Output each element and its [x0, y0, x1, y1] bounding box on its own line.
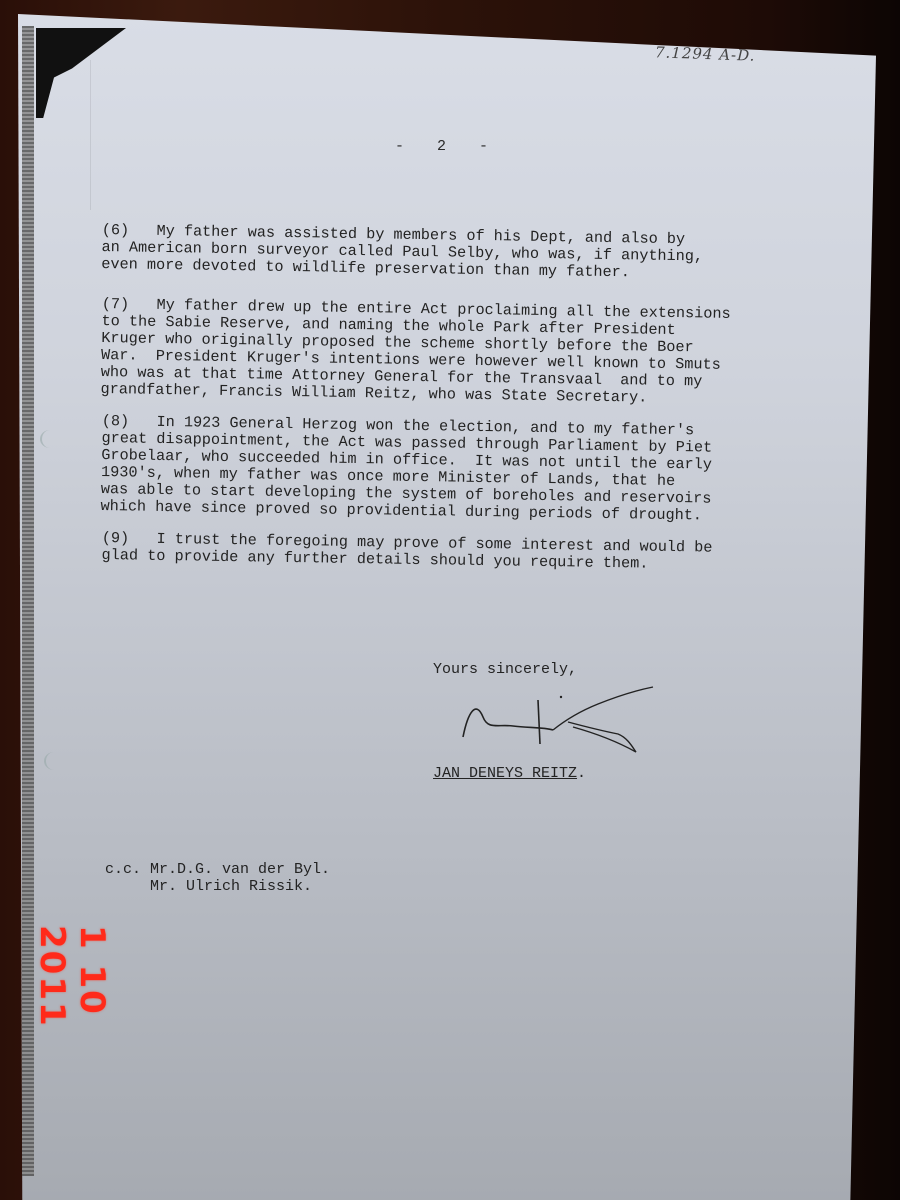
letter-page: [18, 14, 876, 1200]
closing-salutation: Yours sincerely,: [433, 661, 577, 678]
carbon-copy-list: c.c. Mr.D.G. van der Byl. Mr. Ulrich Ris…: [105, 861, 330, 895]
cc-recipient: c.c. Mr.D.G. van der Byl.: [105, 861, 330, 878]
handwritten-signature: [458, 682, 668, 762]
signer-name-suffix: .: [577, 765, 586, 782]
handwritten-reference: 7.1294 A-D.: [655, 43, 756, 64]
punch-hole-mark: [44, 752, 64, 770]
punch-hole-mark: [40, 430, 60, 448]
signer-block: JAN DENEYS REITZ.: [433, 765, 586, 782]
fold-line: [90, 60, 91, 210]
paragraph-8: (8) In 1923 General Herzog won the elect…: [100, 413, 802, 526]
page-number: - 2 -: [395, 138, 500, 155]
paragraph-7: (7) My father drew up the entire Act pro…: [100, 296, 802, 409]
camera-date-stamp: 1 10 2011: [62, 925, 112, 1105]
signer-name: JAN DENEYS REITZ: [433, 765, 577, 782]
cc-recipient: Mr. Ulrich Rissik.: [105, 878, 330, 895]
